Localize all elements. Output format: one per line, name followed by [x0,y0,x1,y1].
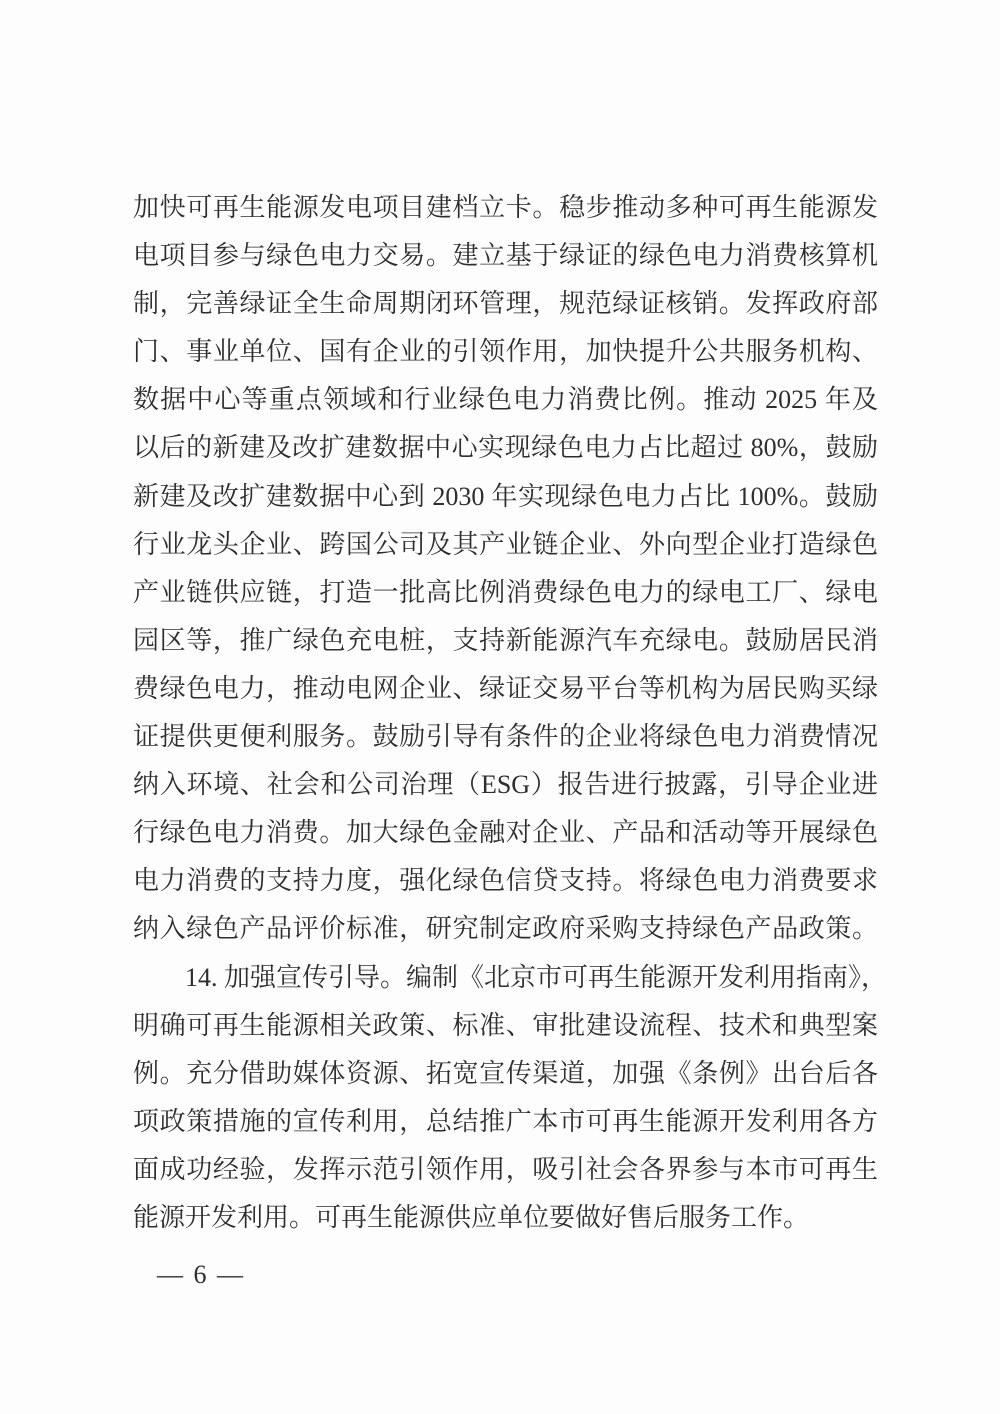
text-line: 电项目参与绿色电力交易。建立基于绿证的绿色电力消费核算机 [133,232,878,280]
text-line: 行绿色电力消费。加大绿色金融对企业、产品和活动等开展绿色 [133,809,878,857]
text-line: 明确可再生能源相关政策、标准、审批建设流程、技术和典型案 [133,1002,878,1050]
text-line: 纳入绿色产品评价标准，研究制定政府采购支持绿色产品政策。 [133,905,878,953]
text-line: 行业龙头企业、跨国公司及其产业链企业、外向型企业打造绿色 [133,521,878,569]
text-line: 面成功经验，发挥示范引领作用，吸引社会各界参与本市可再生 [133,1146,878,1194]
text-line: 门、事业单位、国有企业的引领作用，加快提升公共服务机构、 [133,328,878,376]
text-line: 证提供更便利服务。鼓励引导有条件的企业将绿色电力消费情况 [133,713,878,761]
text-line: 产业链供应链，打造一批高比例消费绿色电力的绿电工厂、绿电 [133,569,878,617]
text-line: 能源开发利用。可再生能源供应单位要做好售后服务工作。 [133,1194,878,1242]
document-page: 加快可再生能源发电项目建档立卡。稳步推动多种可再生能源发电项目参与绿色电力交易。… [0,0,1000,1414]
text-line: 新建及改扩建数据中心到 2030 年实现绿色电力占比 100%。鼓励 [133,473,878,521]
text-line: 例。充分借助媒体资源、拓宽宣传渠道，加强《条例》出台后各 [133,1050,878,1098]
text-line: 14. 加强宣传引导。编制《北京市可再生能源开发利用指南》， [133,954,878,1002]
text-line: 制，完善绿证全生命周期闭环管理，规范绿证核销。发挥政府部 [133,280,878,328]
text-line: 以后的新建及改扩建数据中心实现绿色电力占比超过 80%，鼓励 [133,424,878,472]
text-line: 加快可再生能源发电项目建档立卡。稳步推动多种可再生能源发 [133,184,878,232]
text-line: 数据中心等重点领域和行业绿色电力消费比例。推动 2025 年及 [133,376,878,424]
text-line: 园区等，推广绿色充电桩，支持新能源汽车充绿电。鼓励居民消 [133,617,878,665]
page-number: — 6 — [157,1260,245,1290]
text-line: 费绿色电力，推动电网企业、绿证交易平台等机构为居民购买绿 [133,665,878,713]
text-block: 加快可再生能源发电项目建档立卡。稳步推动多种可再生能源发电项目参与绿色电力交易。… [133,184,878,1242]
text-line: 电力消费的支持力度，强化绿色信贷支持。将绿色电力消费要求 [133,857,878,905]
text-line: 项政策措施的宣传利用，总结推广本市可再生能源开发利用各方 [133,1098,878,1146]
text-line: 纳入环境、社会和公司治理（ESG）报告进行披露，引导企业进 [133,761,878,809]
